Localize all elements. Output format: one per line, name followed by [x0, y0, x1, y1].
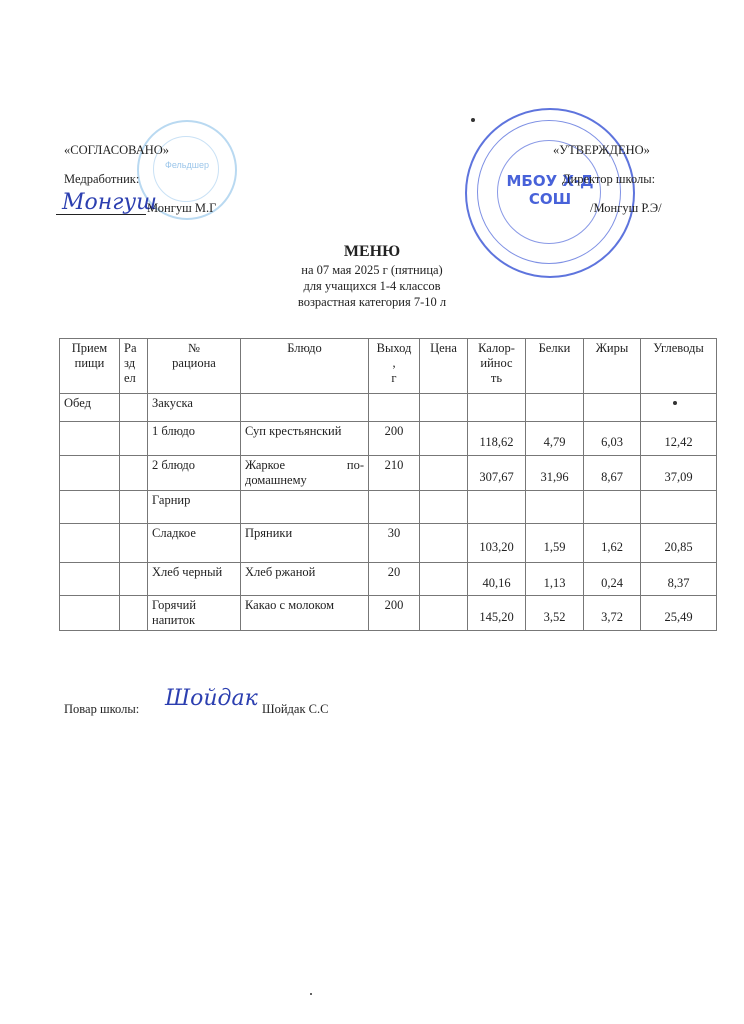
cell-kcal: 103,20: [468, 524, 526, 563]
col-kcal: Калор-ийность: [468, 339, 526, 394]
cell-carbs: 20,85: [641, 524, 717, 563]
cell-section: [120, 491, 148, 524]
cell-ration: 1 блюдо: [148, 422, 241, 456]
cell-protein: 31,96: [526, 456, 584, 491]
cell-meal: [60, 596, 120, 631]
cell-kcal: 40,16: [468, 563, 526, 596]
approval-right-name: /Монгуш Р.Э/: [590, 201, 662, 216]
cell-protein: 4,79: [526, 422, 584, 456]
cell-fat: 3,72: [584, 596, 641, 631]
cell-dish: [241, 394, 369, 422]
scan-speck: [310, 993, 312, 995]
cell-carbs: [641, 394, 717, 422]
col-price: Цена: [420, 339, 468, 394]
table-row: ОбедЗакуска: [60, 394, 717, 422]
cell-dish: Жаркое по-домашнему: [241, 456, 369, 491]
cell-section: [120, 596, 148, 631]
col-section: Раздел: [120, 339, 148, 394]
cell-carbs: 12,42: [641, 422, 717, 456]
cell-yield: [369, 394, 420, 422]
cell-kcal: [468, 394, 526, 422]
cell-dish: Какао с молоком: [241, 596, 369, 631]
cell-protein: [526, 491, 584, 524]
cook-name: Шойдак С.С: [262, 702, 328, 717]
medic-signature: Монгуш: [62, 190, 157, 215]
col-ration: №рациона: [148, 339, 241, 394]
cell-section: [120, 563, 148, 596]
cell-section: [120, 456, 148, 491]
table-row: 1 блюдоСуп крестьянский200118,624,796,03…: [60, 422, 717, 456]
cook-label: Повар школы:: [64, 702, 139, 717]
cell-meal: [60, 456, 120, 491]
cell-fat: 1,62: [584, 524, 641, 563]
menu-age-category: возрастная категория 7-10 л: [0, 295, 744, 310]
cell-price: [420, 524, 468, 563]
cell-meal: [60, 491, 120, 524]
approval-right-role: Директор школы:: [562, 172, 655, 187]
cell-price: [420, 596, 468, 631]
approval-left-heading: «СОГЛАСОВАНО»: [64, 143, 169, 158]
cell-fat: 0,24: [584, 563, 641, 596]
scan-speck: [673, 401, 677, 405]
menu-date: на 07 мая 2025 г (пятница): [0, 263, 744, 278]
cell-protein: 1,59: [526, 524, 584, 563]
table-header-row: Приемпищи Раздел №рациона Блюдо Выход,г …: [60, 339, 717, 394]
cell-carbs: [641, 491, 717, 524]
cell-dish: Суп крестьянский: [241, 422, 369, 456]
cell-fat: [584, 394, 641, 422]
cell-fat: [584, 491, 641, 524]
cell-carbs: 37,09: [641, 456, 717, 491]
cell-ration: Горячий напиток: [148, 596, 241, 631]
cell-protein: [526, 394, 584, 422]
cell-ration: 2 блюдо: [148, 456, 241, 491]
scan-speck: [471, 118, 475, 122]
cell-dish: Хлеб ржаной: [241, 563, 369, 596]
cell-meal: [60, 563, 120, 596]
col-fat: Жиры: [584, 339, 641, 394]
cell-yield: 20: [369, 563, 420, 596]
menu-audience: для учащихся 1-4 классов: [0, 279, 744, 294]
col-dish: Блюдо: [241, 339, 369, 394]
approval-left-name: Монгуш М.Г: [147, 201, 216, 216]
cell-price: [420, 491, 468, 524]
cell-ration: Сладкое: [148, 524, 241, 563]
cell-yield: 210: [369, 456, 420, 491]
table-row: Хлеб черныйХлеб ржаной2040,161,130,248,3…: [60, 563, 717, 596]
cell-protein: 1,13: [526, 563, 584, 596]
cell-meal: Обед: [60, 394, 120, 422]
table-row: Горячий напитокКакао с молоком200145,203…: [60, 596, 717, 631]
cell-protein: 3,52: [526, 596, 584, 631]
cell-section: [120, 394, 148, 422]
menu-table: Приемпищи Раздел №рациона Блюдо Выход,г …: [59, 338, 717, 631]
col-yield: Выход,г: [369, 339, 420, 394]
table-row: СладкоеПряники30103,201,591,6220,85: [60, 524, 717, 563]
table-row: Гарнир: [60, 491, 717, 524]
cell-kcal: 145,20: [468, 596, 526, 631]
cell-ration: Закуска: [148, 394, 241, 422]
cell-dish: [241, 491, 369, 524]
col-meal: Приемпищи: [60, 339, 120, 394]
cell-meal: [60, 524, 120, 563]
page-title: МЕНЮ: [0, 243, 744, 261]
cell-dish: Пряники: [241, 524, 369, 563]
table-row: 2 блюдоЖаркое по-домашнему210307,6731,96…: [60, 456, 717, 491]
cell-section: [120, 422, 148, 456]
col-carbs: Углеводы: [641, 339, 717, 394]
cell-meal: [60, 422, 120, 456]
cell-price: [420, 394, 468, 422]
cell-price: [420, 456, 468, 491]
cell-kcal: 307,67: [468, 456, 526, 491]
cell-yield: 200: [369, 422, 420, 456]
cell-kcal: 118,62: [468, 422, 526, 456]
cell-ration: Гарнир: [148, 491, 241, 524]
cell-carbs: 25,49: [641, 596, 717, 631]
cell-yield: [369, 491, 420, 524]
cell-fat: 6,03: [584, 422, 641, 456]
cell-yield: 200: [369, 596, 420, 631]
cell-kcal: [468, 491, 526, 524]
cell-carbs: 8,37: [641, 563, 717, 596]
cell-fat: 8,67: [584, 456, 641, 491]
approval-left-role: Медработник:: [64, 172, 139, 187]
approval-right-heading: «УТВЕРЖДЕНО»: [553, 143, 650, 158]
cell-section: [120, 524, 148, 563]
cook-signature: Шойдак: [165, 686, 258, 711]
cell-price: [420, 563, 468, 596]
cell-ration: Хлеб черный: [148, 563, 241, 596]
cell-yield: 30: [369, 524, 420, 563]
cell-price: [420, 422, 468, 456]
col-protein: Белки: [526, 339, 584, 394]
